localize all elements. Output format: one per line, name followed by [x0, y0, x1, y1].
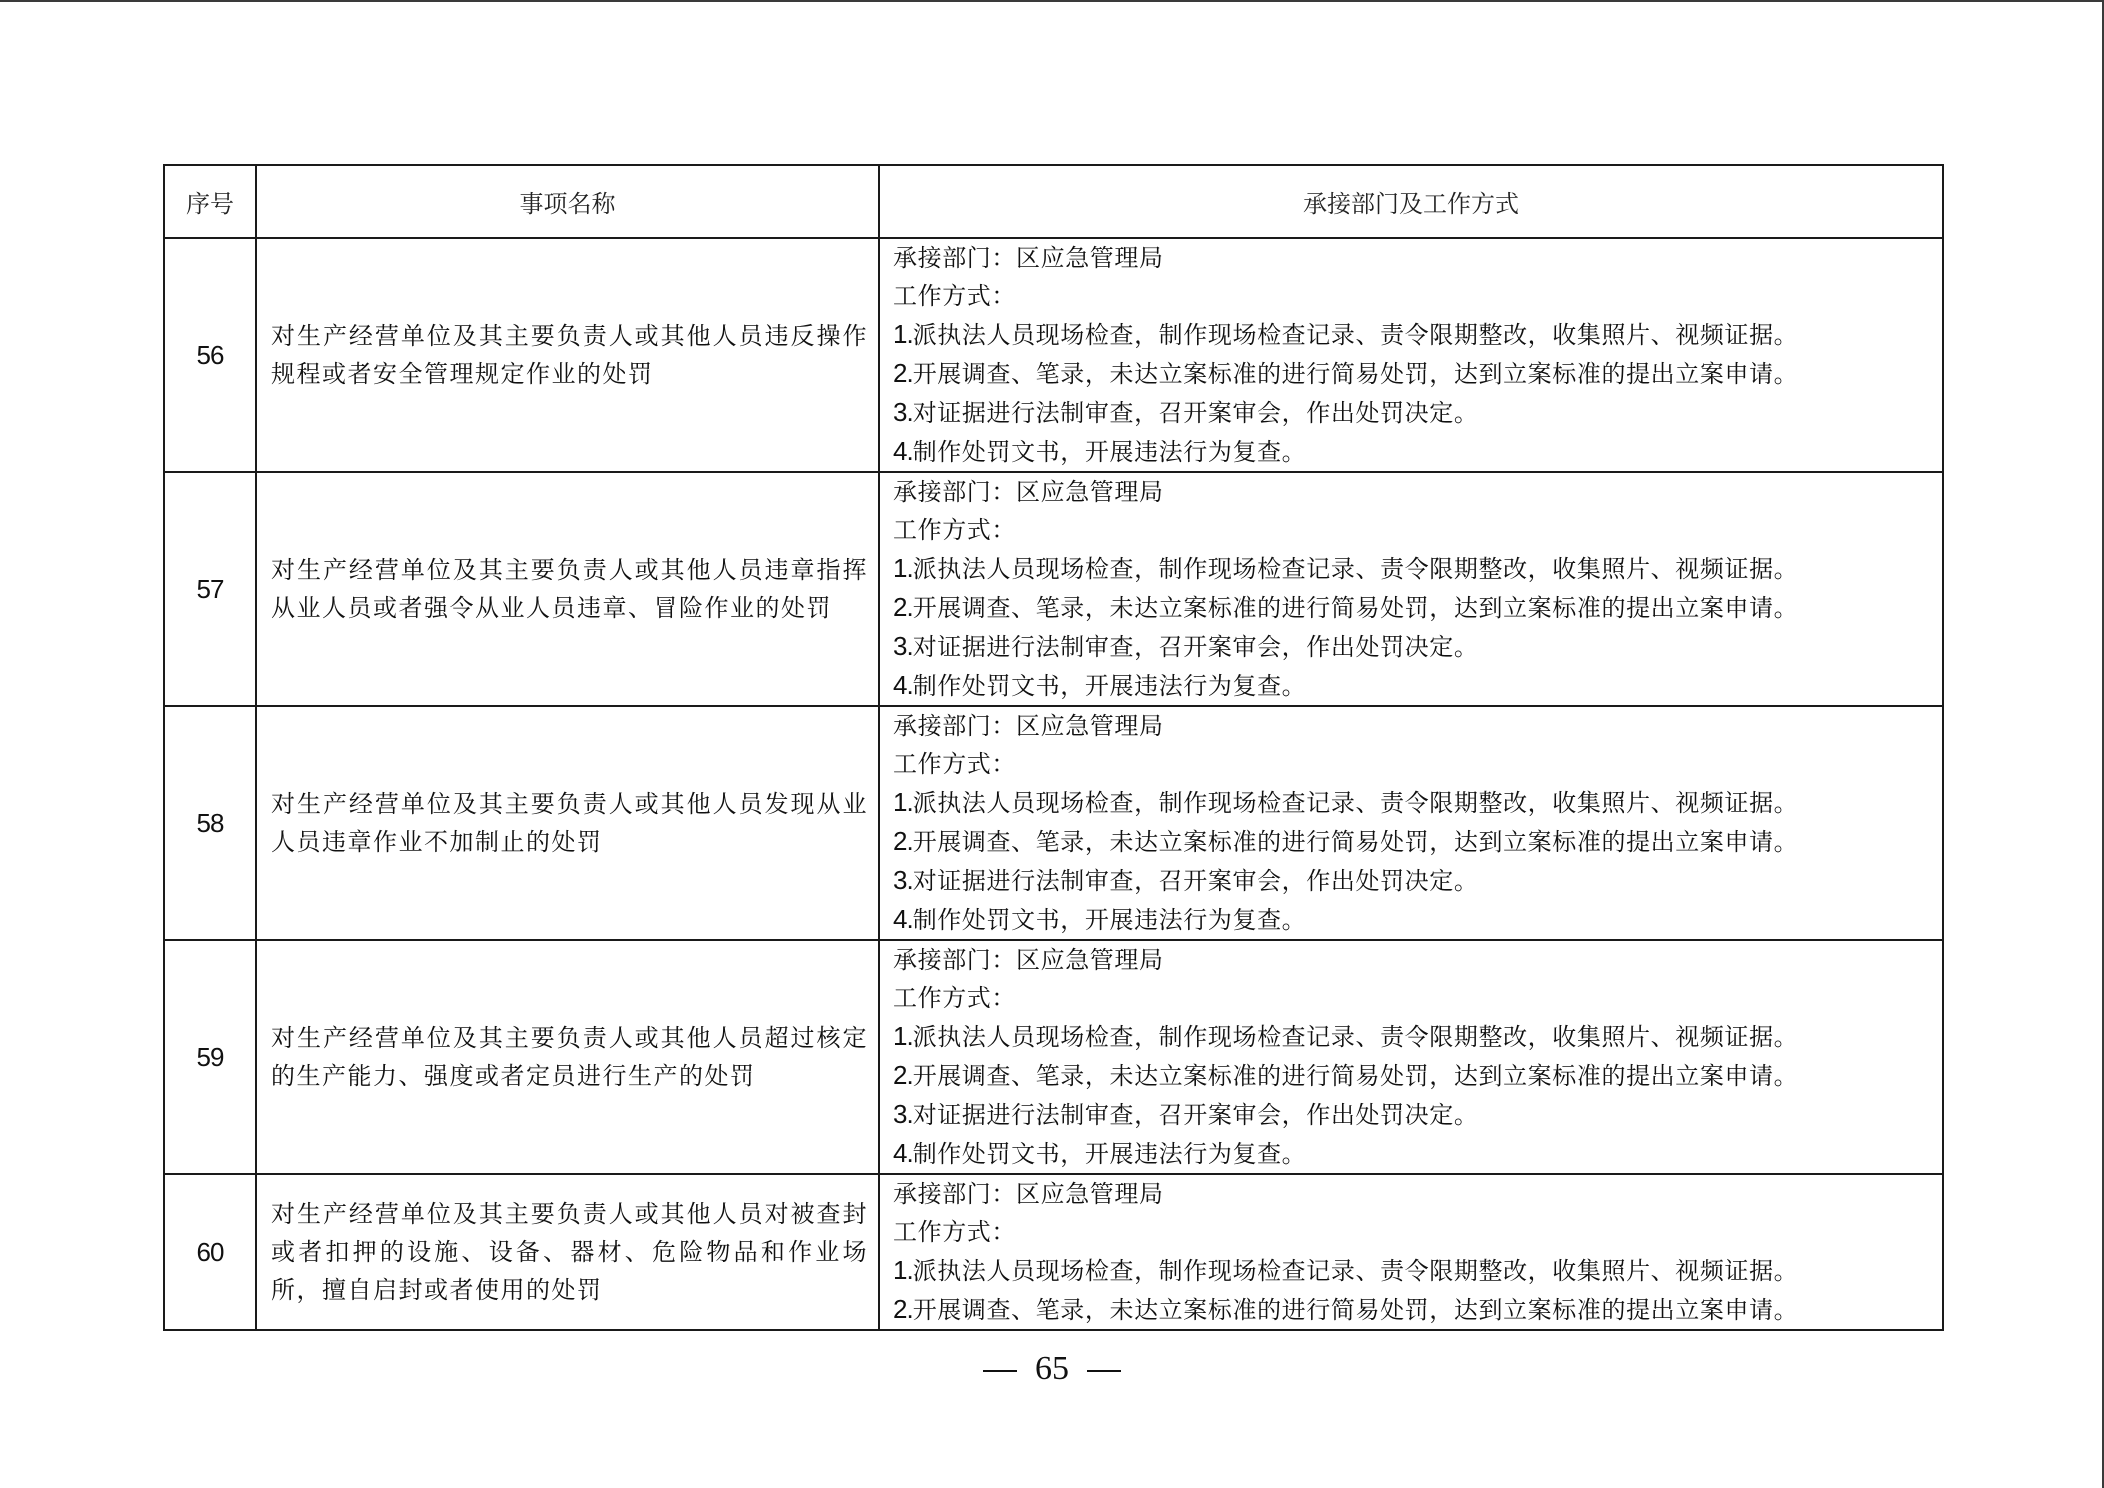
header-seq: 序号: [164, 165, 256, 238]
table-row: 57 对生产经营单位及其主要负责人或其他人员违章指挥从业人员或者强令从业人员违章…: [164, 472, 1943, 706]
step-text: 开展调查、笔录，未达立案标准的进行简易处罚，达到立案标准的提出立案申请。: [913, 360, 1799, 388]
row-name: 对生产经营单位及其主要负责人或其他人员违反操作规程或者安全管理规定作业的处罚: [256, 238, 879, 472]
row-dept: 承接部门：区应急管理局 工作方式： 1.派执法人员现场检查，制作现场检查记录、责…: [879, 1174, 1943, 1330]
step: 1.派执法人员现场检查，制作现场检查记录、责令限期整改，收集照片、视频证据。: [893, 1251, 1930, 1290]
step-num: 2.: [893, 592, 913, 622]
method-label: 工作方式：: [893, 979, 1930, 1017]
step: 2.开展调查、笔录，未达立案标准的进行简易处罚，达到立案标准的提出立案申请。: [893, 1290, 1930, 1329]
step: 2.开展调查、笔录，未达立案标准的进行简易处罚，达到立案标准的提出立案申请。: [893, 822, 1930, 861]
row-name: 对生产经营单位及其主要负责人或其他人员对被查封或者扣押的设施、设备、器材、危险物…: [256, 1174, 879, 1330]
header-dept: 承接部门及工作方式: [879, 165, 1943, 238]
step: 1.派执法人员现场检查，制作现场检查记录、责令限期整改，收集照片、视频证据。: [893, 315, 1930, 354]
step-num: 4.: [893, 436, 913, 466]
row-seq: 60: [164, 1174, 256, 1330]
step-text: 派执法人员现场检查，制作现场检查记录、责令限期整改，收集照片、视频证据。: [913, 1257, 1799, 1285]
step-text: 对证据进行法制审查，召开案审会，作出处罚决定。: [913, 399, 1479, 427]
step-text: 对证据进行法制审查，召开案审会，作出处罚决定。: [913, 1101, 1479, 1129]
step: 4.制作处罚文书，开展违法行为复查。: [893, 1134, 1930, 1173]
step-text: 开展调查、笔录，未达立案标准的进行简易处罚，达到立案标准的提出立案申请。: [913, 594, 1799, 622]
step: 1.派执法人员现场检查，制作现场检查记录、责令限期整改，收集照片、视频证据。: [893, 783, 1930, 822]
table-row: 58 对生产经营单位及其主要负责人或其他人员发现从业人员违章作业不加制止的处罚 …: [164, 706, 1943, 940]
row-name: 对生产经营单位及其主要负责人或其他人员发现从业人员违章作业不加制止的处罚: [256, 706, 879, 940]
table-header-row: 序号 事项名称 承接部门及工作方式: [164, 165, 1943, 238]
row-dept: 承接部门：区应急管理局 工作方式： 1.派执法人员现场检查，制作现场检查记录、责…: [879, 706, 1943, 940]
step-num: 4.: [893, 1138, 913, 1168]
row-seq: 56: [164, 238, 256, 472]
row-seq: 59: [164, 940, 256, 1174]
step: 2.开展调查、笔录，未达立案标准的进行简易处罚，达到立案标准的提出立案申请。: [893, 588, 1930, 627]
step-text: 开展调查、笔录，未达立案标准的进行简易处罚，达到立案标准的提出立案申请。: [913, 828, 1799, 856]
step: 4.制作处罚文书，开展违法行为复查。: [893, 432, 1930, 471]
step-text: 对证据进行法制审查，召开案审会，作出处罚决定。: [913, 867, 1479, 895]
step-num: 3.: [893, 865, 913, 895]
page-number: 65: [1035, 1350, 1069, 1387]
step-text: 开展调查、笔录，未达立案标准的进行简易处罚，达到立案标准的提出立案申请。: [913, 1296, 1799, 1324]
step: 4.制作处罚文书，开展违法行为复查。: [893, 900, 1930, 939]
step-text: 开展调查、笔录，未达立案标准的进行简易处罚，达到立案标准的提出立案申请。: [913, 1062, 1799, 1090]
step-num: 2.: [893, 1060, 913, 1090]
step-num: 2.: [893, 826, 913, 856]
row-dept: 承接部门：区应急管理局 工作方式： 1.派执法人员现场检查，制作现场检查记录、责…: [879, 238, 1943, 472]
method-label: 工作方式：: [893, 277, 1930, 315]
matters-table: 序号 事项名称 承接部门及工作方式 56 对生产经营单位及其主要负责人或其他人员…: [163, 164, 1944, 1331]
method-label: 工作方式：: [893, 745, 1930, 783]
dept-label: 承接部门：区应急管理局: [893, 239, 1930, 277]
step-text: 制作处罚文书，开展违法行为复查。: [913, 438, 1307, 466]
dept-label: 承接部门：区应急管理局: [893, 941, 1930, 979]
step: 3.对证据进行法制审查，召开案审会，作出处罚决定。: [893, 393, 1930, 432]
table-row: 60 对生产经营单位及其主要负责人或其他人员对被查封或者扣押的设施、设备、器材、…: [164, 1174, 1943, 1330]
row-name: 对生产经营单位及其主要负责人或其他人员超过核定的生产能力、强度或者定员进行生产的…: [256, 940, 879, 1174]
step-num: 4.: [893, 670, 913, 700]
header-name: 事项名称: [256, 165, 879, 238]
row-seq: 57: [164, 472, 256, 706]
step-num: 1.: [893, 319, 913, 349]
step: 1.派执法人员现场检查，制作现场检查记录、责令限期整改，收集照片、视频证据。: [893, 549, 1930, 588]
step-num: 2.: [893, 358, 913, 388]
method-label: 工作方式：: [893, 511, 1930, 549]
step-num: 1.: [893, 553, 913, 583]
row-seq: 58: [164, 706, 256, 940]
step-num: 4.: [893, 904, 913, 934]
step-text: 派执法人员现场检查，制作现场检查记录、责令限期整改，收集照片、视频证据。: [913, 1023, 1799, 1051]
dept-label: 承接部门：区应急管理局: [893, 1175, 1930, 1213]
step-num: 2.: [893, 1294, 913, 1324]
table-row: 59 对生产经营单位及其主要负责人或其他人员超过核定的生产能力、强度或者定员进行…: [164, 940, 1943, 1174]
dash-left: [983, 1370, 1017, 1372]
page-footer: 65: [0, 1350, 2104, 1388]
dept-label: 承接部门：区应急管理局: [893, 707, 1930, 745]
page-border-top: [0, 0, 2104, 2]
row-dept: 承接部门：区应急管理局 工作方式： 1.派执法人员现场检查，制作现场检查记录、责…: [879, 472, 1943, 706]
step-num: 3.: [893, 1099, 913, 1129]
step-num: 3.: [893, 631, 913, 661]
dept-label: 承接部门：区应急管理局: [893, 473, 1930, 511]
step-num: 1.: [893, 787, 913, 817]
step: 3.对证据进行法制审查，召开案审会，作出处罚决定。: [893, 627, 1930, 666]
step: 2.开展调查、笔录，未达立案标准的进行简易处罚，达到立案标准的提出立案申请。: [893, 1056, 1930, 1095]
step: 1.派执法人员现场检查，制作现场检查记录、责令限期整改，收集照片、视频证据。: [893, 1017, 1930, 1056]
step-text: 派执法人员现场检查，制作现场检查记录、责令限期整改，收集照片、视频证据。: [913, 789, 1799, 817]
table-row: 56 对生产经营单位及其主要负责人或其他人员违反操作规程或者安全管理规定作业的处…: [164, 238, 1943, 472]
step-num: 1.: [893, 1021, 913, 1051]
step: 3.对证据进行法制审查，召开案审会，作出处罚决定。: [893, 861, 1930, 900]
method-label: 工作方式：: [893, 1213, 1930, 1251]
step-num: 1.: [893, 1255, 913, 1285]
step-text: 派执法人员现场检查，制作现场检查记录、责令限期整改，收集照片、视频证据。: [913, 321, 1799, 349]
step-text: 对证据进行法制审查，召开案审会，作出处罚决定。: [913, 633, 1479, 661]
step-text: 制作处罚文书，开展违法行为复查。: [913, 906, 1307, 934]
row-name: 对生产经营单位及其主要负责人或其他人员违章指挥从业人员或者强令从业人员违章、冒险…: [256, 472, 879, 706]
step-text: 制作处罚文书，开展违法行为复查。: [913, 1140, 1307, 1168]
row-dept: 承接部门：区应急管理局 工作方式： 1.派执法人员现场检查，制作现场检查记录、责…: [879, 940, 1943, 1174]
step-num: 3.: [893, 397, 913, 427]
step: 3.对证据进行法制审查，召开案审会，作出处罚决定。: [893, 1095, 1930, 1134]
dash-right: [1087, 1370, 1121, 1372]
step-text: 制作处罚文书，开展违法行为复查。: [913, 672, 1307, 700]
step-text: 派执法人员现场检查，制作现场检查记录、责令限期整改，收集照片、视频证据。: [913, 555, 1799, 583]
step: 2.开展调查、笔录，未达立案标准的进行简易处罚，达到立案标准的提出立案申请。: [893, 354, 1930, 393]
step: 4.制作处罚文书，开展违法行为复查。: [893, 666, 1930, 705]
